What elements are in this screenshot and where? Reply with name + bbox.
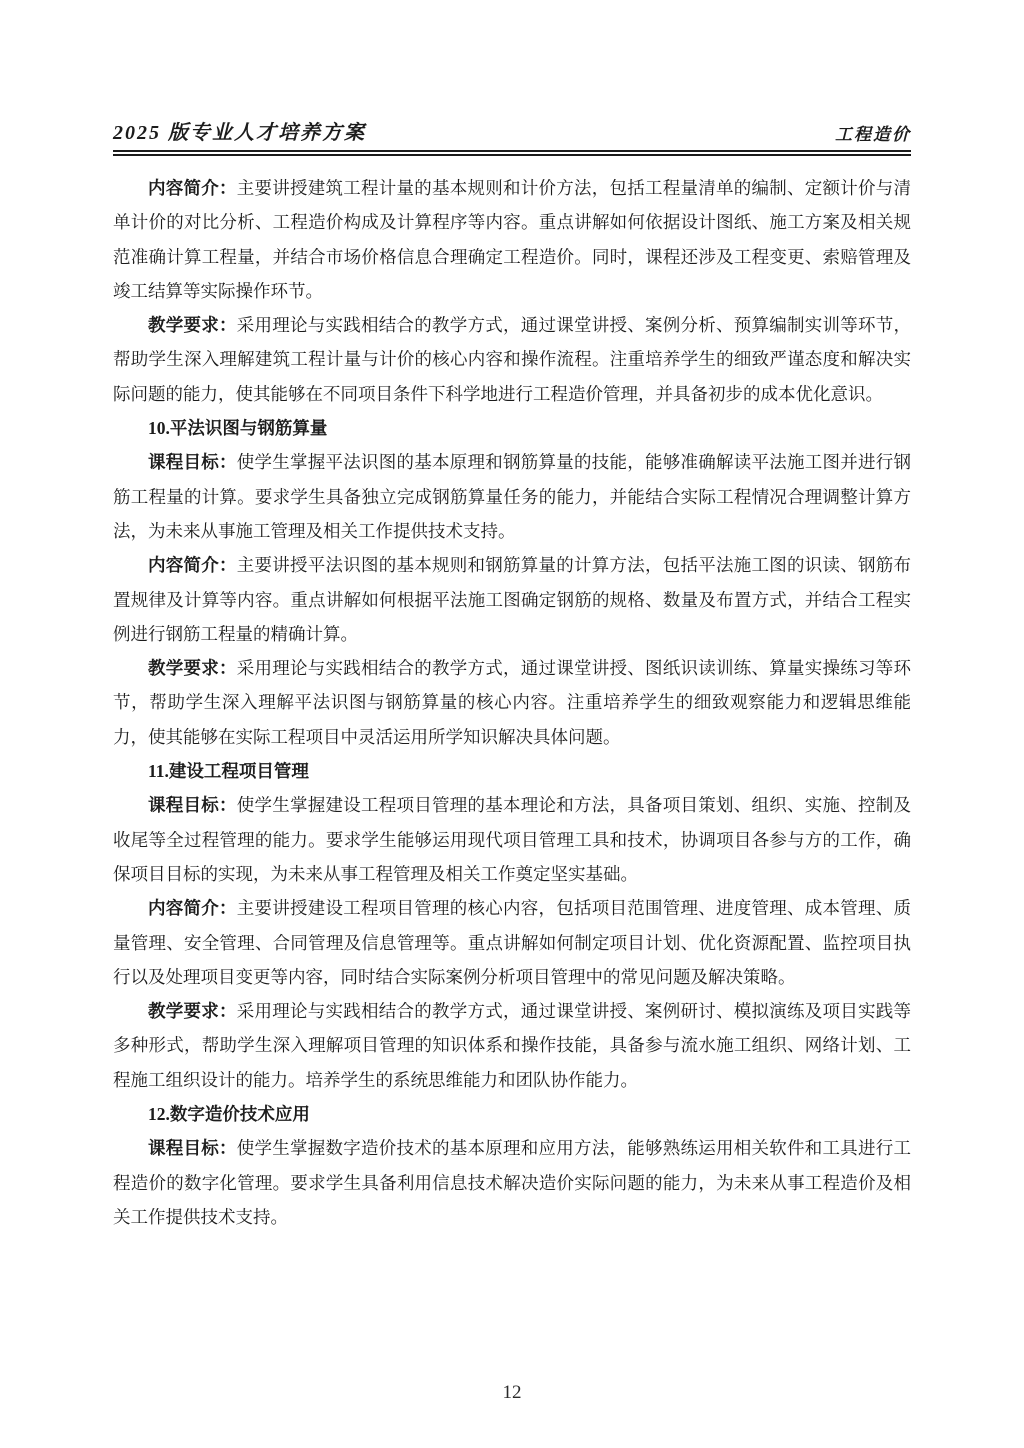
paragraph: 教学要求：采用理论与实践相结合的教学方式，通过课堂讲授、案例分析、预算编制实训等… bbox=[113, 308, 911, 411]
paragraph-label: 内容简介： bbox=[148, 898, 237, 918]
header-program-title: 2025 版专业人才培养方案 bbox=[113, 116, 366, 145]
paragraph-label: 内容简介： bbox=[148, 555, 237, 575]
paragraph-label: 课程目标： bbox=[148, 452, 237, 472]
paragraph: 课程目标：使学生掌握建设工程项目管理的基本理论和方法，具备项目策划、组织、实施、… bbox=[113, 788, 911, 891]
document-body: 内容简介：主要讲授建筑工程计量的基本规则和计价方法，包括工程量清单的编制、定额计… bbox=[113, 171, 911, 1234]
paragraph: 内容简介：主要讲授平法识图的基本规则和钢筋算量的计算方法，包括平法施工图的识读、… bbox=[113, 548, 911, 651]
paragraph: 教学要求：采用理论与实践相结合的教学方式，通过课堂讲授、图纸识读训练、算量实操练… bbox=[113, 651, 911, 754]
section-heading: 12.数字造价技术应用 bbox=[113, 1097, 911, 1131]
paragraph: 课程目标：使学生掌握平法识图的基本原理和钢筋算量的技能，能够准确解读平法施工图并… bbox=[113, 445, 911, 548]
paragraph-label: 课程目标： bbox=[148, 795, 237, 815]
paragraph-label: 教学要求： bbox=[148, 658, 237, 678]
paragraph-label: 教学要求： bbox=[148, 315, 237, 335]
paragraph: 课程目标：使学生掌握数字造价技术的基本原理和应用方法，能够熟练运用相关软件和工具… bbox=[113, 1131, 911, 1234]
section-heading: 11.建设工程项目管理 bbox=[113, 754, 911, 788]
page-header: 2025 版专业人才培养方案 工程造价 bbox=[113, 116, 911, 156]
document-page: 2025 版专业人才培养方案 工程造价 内容简介：主要讲授建筑工程计量的基本规则… bbox=[0, 0, 1024, 1448]
paragraph: 内容简介：主要讲授建筑工程计量的基本规则和计价方法，包括工程量清单的编制、定额计… bbox=[113, 171, 911, 308]
paragraph: 教学要求：采用理论与实践相结合的教学方式，通过课堂讲授、案例研讨、模拟演练及项目… bbox=[113, 994, 911, 1097]
paragraph-label: 内容简介： bbox=[148, 178, 237, 198]
paragraph: 内容简介：主要讲授建设工程项目管理的核心内容，包括项目范围管理、进度管理、成本管… bbox=[113, 891, 911, 994]
page-number: 12 bbox=[0, 1382, 1024, 1404]
paragraph-label: 课程目标： bbox=[148, 1138, 237, 1158]
header-major-name: 工程造价 bbox=[835, 120, 911, 145]
paragraph-label: 教学要求： bbox=[148, 1001, 237, 1021]
section-heading: 10.平法识图与钢筋算量 bbox=[113, 411, 911, 445]
